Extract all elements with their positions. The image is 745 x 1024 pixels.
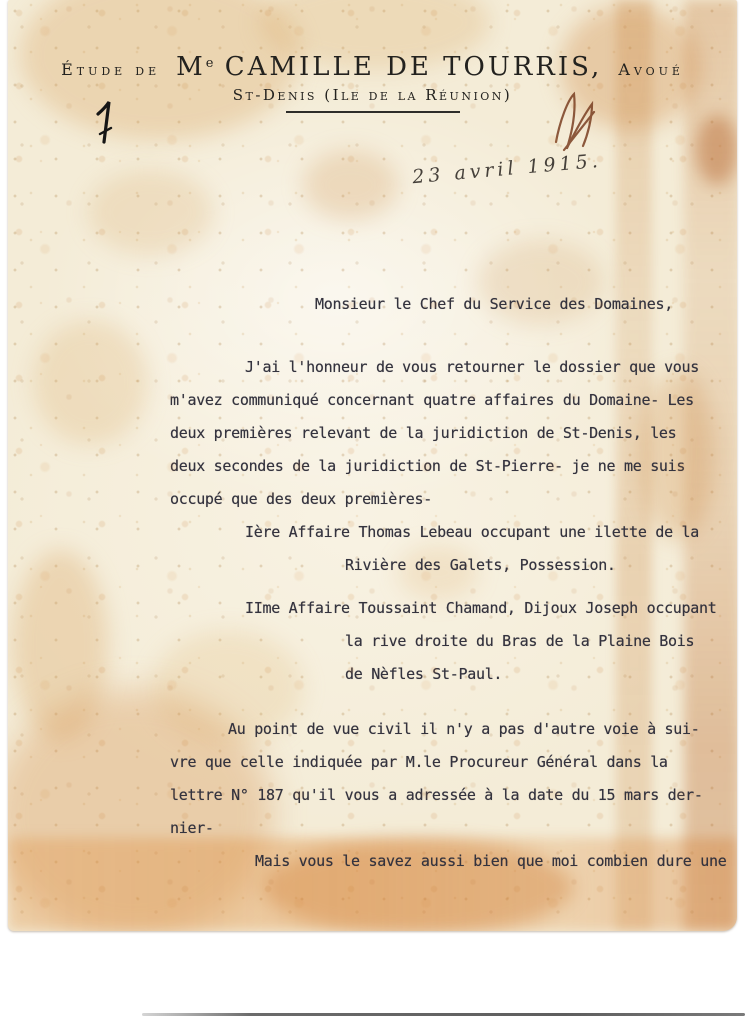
letter-line: deux premières relevant de la juridictio… xyxy=(170,417,736,450)
stain xyxy=(303,150,398,220)
stain xyxy=(33,320,148,445)
letter-line: Mais vous le savez aussi bien que moi co… xyxy=(170,845,736,878)
letter-line: occupé que des deux premières- xyxy=(170,483,736,516)
letter-line: J'ai l'honneur de vous retourner le doss… xyxy=(170,351,736,384)
letter-line: Au point de vue civil il n'y a pas d'aut… xyxy=(170,713,736,746)
stain xyxy=(88,170,213,255)
letter-line: la rive droite du Bras de la Plaine Bois xyxy=(170,625,736,658)
next-page-edge-line xyxy=(142,1013,745,1016)
letter-line: vre que celle indiquée par M.le Procureu… xyxy=(170,746,736,779)
letterhead-office-line: Étude de Me Camille de Tourris, Avoué xyxy=(8,52,737,82)
letter-line: m'avez communiqué concernant quatre affa… xyxy=(170,384,736,417)
letter-line: nier- xyxy=(170,812,736,845)
letterhead-prefix: Étude de xyxy=(61,60,160,79)
stain xyxy=(696,115,737,185)
handwritten-date: 23 avril 1915. xyxy=(411,150,602,188)
letterhead-title: Avoué xyxy=(618,60,684,79)
letterhead-name: Me Camille de Tourris, xyxy=(176,52,602,82)
handwritten-page-number-mark xyxy=(90,98,124,150)
letterhead-rule xyxy=(286,111,460,113)
letter-line: lettre N° 187 qu'il vous a adressée à la… xyxy=(170,779,736,812)
letter-line: IIme Affaire Toussaint Chamand, Dijoux J… xyxy=(170,592,736,625)
scanned-letter-page: Étude de Me Camille de Tourris, Avoué St… xyxy=(0,0,745,1024)
letter-line: deux secondes de la juridiction de St-Pi… xyxy=(170,450,736,483)
letter-line: Ière Affaire Thomas Lebeau occupant une … xyxy=(170,516,736,549)
paper: Étude de Me Camille de Tourris, Avoué St… xyxy=(8,0,737,931)
letter-line: Monsieur le Chef du Service des Domaines… xyxy=(170,288,736,321)
handwritten-paraph-icon xyxy=(544,86,620,160)
stain xyxy=(13,550,108,740)
letter-body: Monsieur le Chef du Service des Domaines… xyxy=(170,288,736,878)
letter-line: Rivière des Galets, Possession. xyxy=(170,549,736,582)
letter-line: de Nèfles St-Paul. xyxy=(170,658,736,691)
